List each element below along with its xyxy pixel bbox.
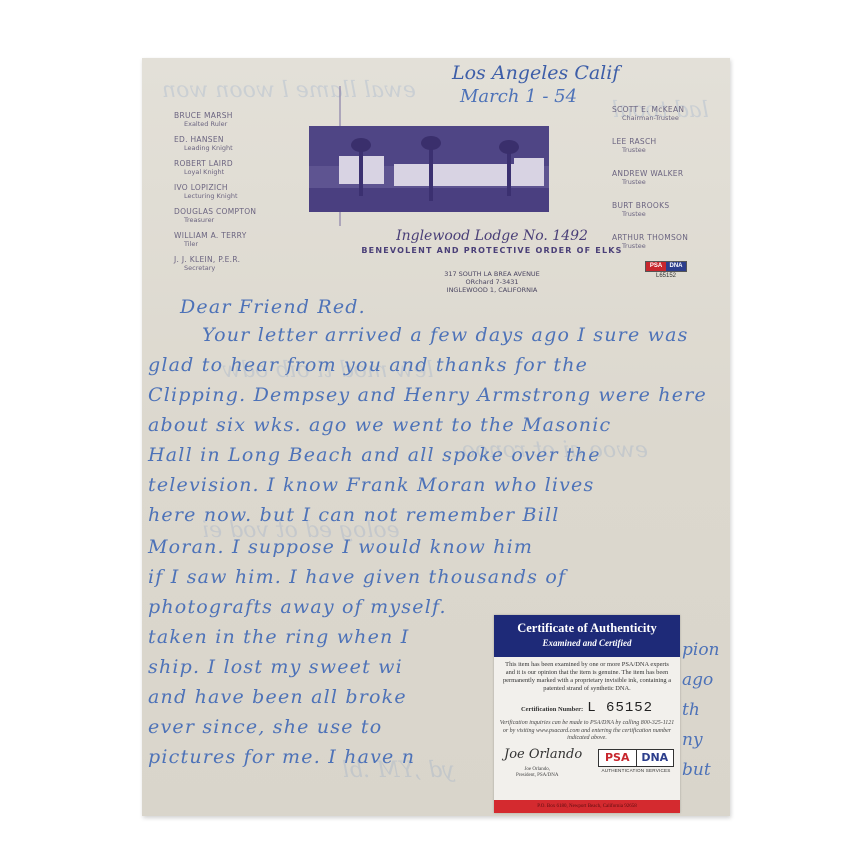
- lodge-address: 317 SOUTH LA BREA AVENUE ORchard 7-3431 …: [352, 270, 632, 294]
- certificate-body: This item has been examined by one or mo…: [494, 657, 680, 693]
- letter-date: March 1 - 54: [460, 86, 577, 107]
- certification-number-row: Certification Number: L 65152: [494, 698, 680, 716]
- officer: ANDREW WALKERTrustee: [612, 169, 688, 187]
- officer: BRUCE MARSHExalted Ruler: [174, 111, 256, 129]
- letter-line: photografts away of myself.: [148, 596, 447, 618]
- letter-line: taken in the ring when I: [148, 626, 409, 648]
- letter-line: television. I know Frank Moran who lives: [148, 474, 594, 496]
- lodge-name: Inglewood Lodge No. 1492: [332, 228, 652, 244]
- letter-line: Your letter arrived a few days ago I sur…: [202, 324, 689, 346]
- certificate-footer: P.O. Box 6180, Newport Beach, California…: [494, 800, 680, 813]
- officer: BURT BROOKSTrustee: [612, 201, 688, 219]
- officer: LEE RASCHTrustee: [612, 137, 688, 155]
- letter-line: if I saw him. I have given thousands of: [148, 566, 566, 588]
- lodge-building-photo: [309, 126, 549, 212]
- signer: Joe Orlando, President, PSA/DNA: [516, 767, 559, 779]
- edge-fragment: but: [682, 760, 711, 780]
- verification-text: Verification inquiries can be made to PS…: [494, 720, 680, 743]
- certificate-title: Certificate of Authenticity: [494, 621, 680, 636]
- letter-line: here now. but I can not remember Bill: [148, 504, 560, 526]
- letter-line: Moran. I suppose I would know him: [148, 536, 533, 558]
- officer: WILLIAM A. TERRYTiler: [174, 231, 256, 249]
- officer: IVO LOPIZICHLecturing Knight: [174, 183, 256, 201]
- officer: ED. HANSENLeading Knight: [174, 135, 256, 153]
- psa-dna-logo: PSADNA AUTHENTICATION SERVICES: [598, 749, 674, 773]
- edge-fragment: pion: [682, 640, 720, 660]
- signature: Joe Orlando: [504, 747, 582, 762]
- letter-line: and have been all broke: [148, 686, 407, 708]
- officer: J. J. KLEIN, P.E.R.Secretary: [174, 255, 256, 273]
- letter-line: ship. I lost my sweet wi: [148, 656, 403, 678]
- letter-line: Hall in Long Beach and all spoke over th…: [148, 444, 601, 466]
- left-officers-list: BRUCE MARSHExalted Ruler ED. HANSENLeadi…: [174, 111, 256, 279]
- edge-fragment: th: [682, 700, 700, 720]
- letter-paper: ewal llame l woon won lad tooal lew mod …: [142, 58, 730, 816]
- psa-hologram-sticker: PSADNA L65152: [645, 261, 687, 280]
- letter-line: glad to hear from you and thanks for the: [148, 354, 588, 376]
- letter-line: ever since, she use to: [148, 716, 382, 738]
- lodge-header: Inglewood Lodge No. 1492 BENEVOLENT AND …: [332, 228, 652, 255]
- officer: SCOTT E. McKEANChairman-Trustee: [612, 105, 688, 123]
- cert-label: Certification Number:: [521, 706, 583, 713]
- certificate-of-authenticity: Certificate of Authenticity Examined and…: [494, 615, 680, 813]
- edge-fragment: ago: [682, 670, 713, 690]
- officer: DOUGLAS COMPTONTreasurer: [174, 207, 256, 225]
- edge-fragment: ny: [682, 730, 703, 750]
- cert-number: L 65152: [587, 700, 653, 716]
- signature-row: Joe Orlando Joe Orlando, President, PSA/…: [494, 747, 680, 781]
- letter-line: Clipping. Dempsey and Henry Armstrong we…: [148, 384, 707, 406]
- letter-place: Los Angeles Calif: [452, 62, 619, 84]
- officer: ROBERT LAIRDLoyal Knight: [174, 159, 256, 177]
- certificate-header: Certificate of Authenticity Examined and…: [494, 615, 680, 657]
- certificate-subtitle: Examined and Certified: [494, 638, 680, 648]
- letter-line: pictures for me. I have n: [148, 746, 415, 768]
- order-name: BENEVOLENT AND PROTECTIVE ORDER OF ELKS: [332, 246, 652, 255]
- salutation: Dear Friend Red.: [180, 296, 366, 318]
- letter-line: about six wks. ago we went to the Masoni…: [148, 414, 611, 436]
